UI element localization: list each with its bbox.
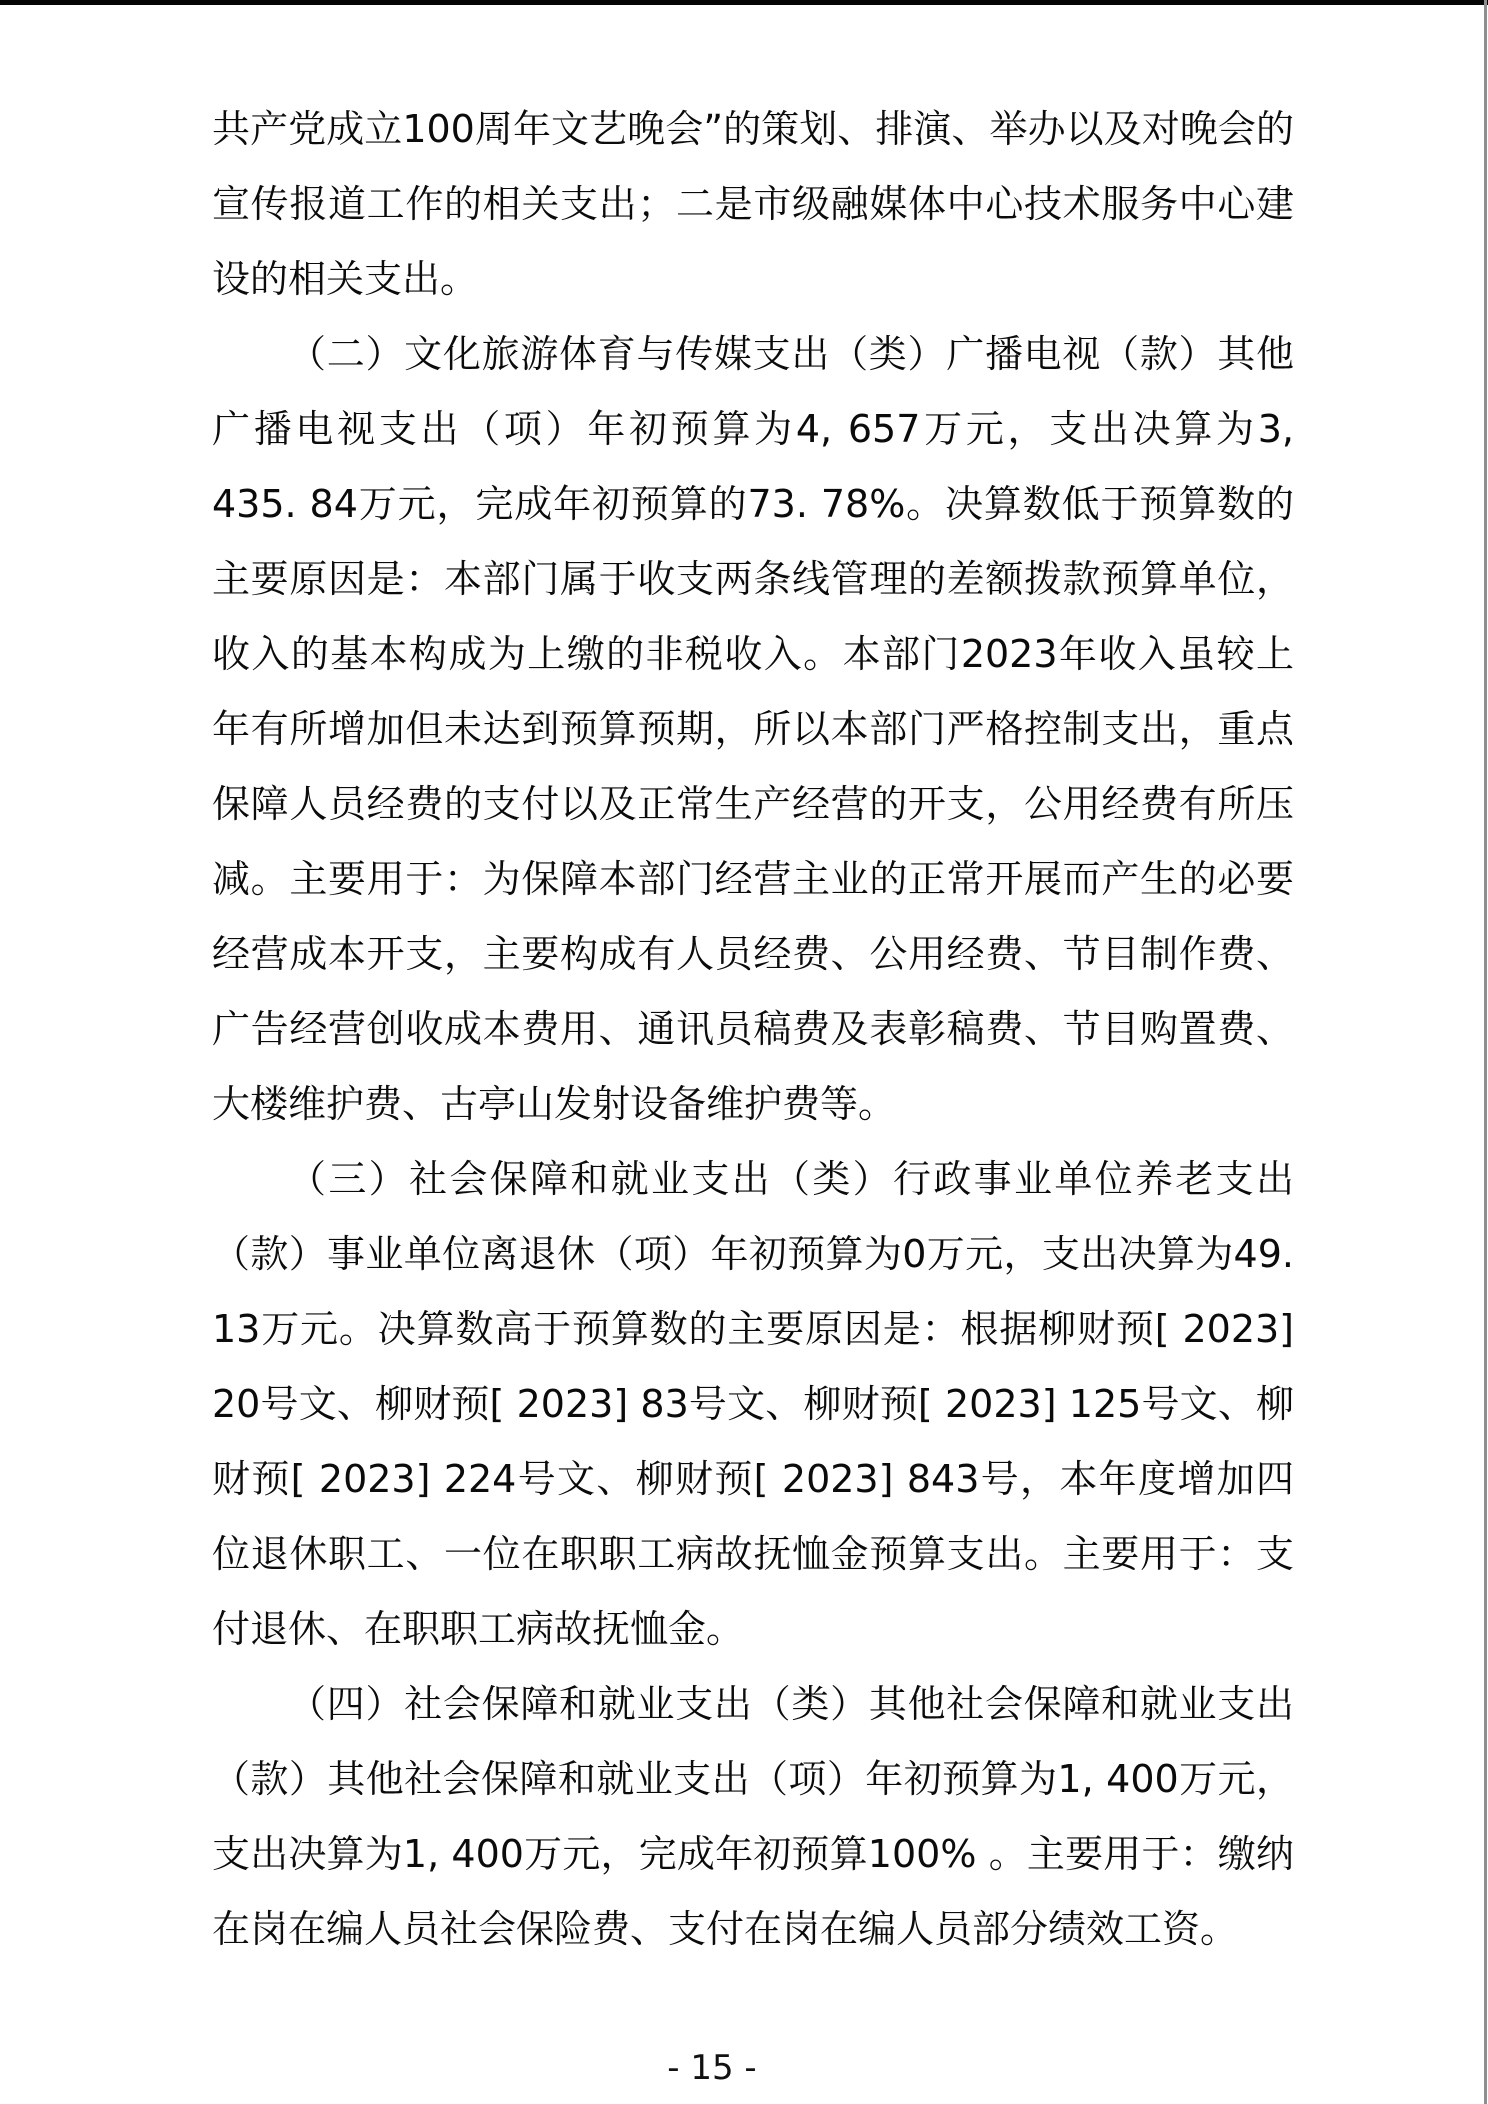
paragraph-continuation: 共产党成立100周年文艺晚会”的策划、排演、举办以及对晚会的宣传报道工作的相关支… xyxy=(212,92,1294,317)
page-footer: - 15 - xyxy=(0,2048,1424,2088)
right-edge-scan-line xyxy=(1484,0,1487,2104)
document-page: 共产党成立100周年文艺晚会”的策划、排演、举办以及对晚会的宣传报道工作的相关支… xyxy=(0,0,1488,2104)
paragraph-section-3: （三）社会保障和就业支出（类）行政事业单位养老支出（款）事业单位离退休（项）年初… xyxy=(212,1142,1294,1667)
page-number: - 15 - xyxy=(667,2048,756,2088)
top-edge-scan-bar xyxy=(0,0,1488,5)
paragraph-section-2: （二）文化旅游体育与传媒支出（类）广播电视（款）其他广播电视支出（项）年初预算为… xyxy=(212,317,1294,1142)
document-body: 共产党成立100周年文艺晚会”的策划、排演、举办以及对晚会的宣传报道工作的相关支… xyxy=(212,92,1294,1967)
paragraph-section-4: （四）社会保障和就业支出（类）其他社会保障和就业支出（款）其他社会保障和就业支出… xyxy=(212,1667,1294,1967)
